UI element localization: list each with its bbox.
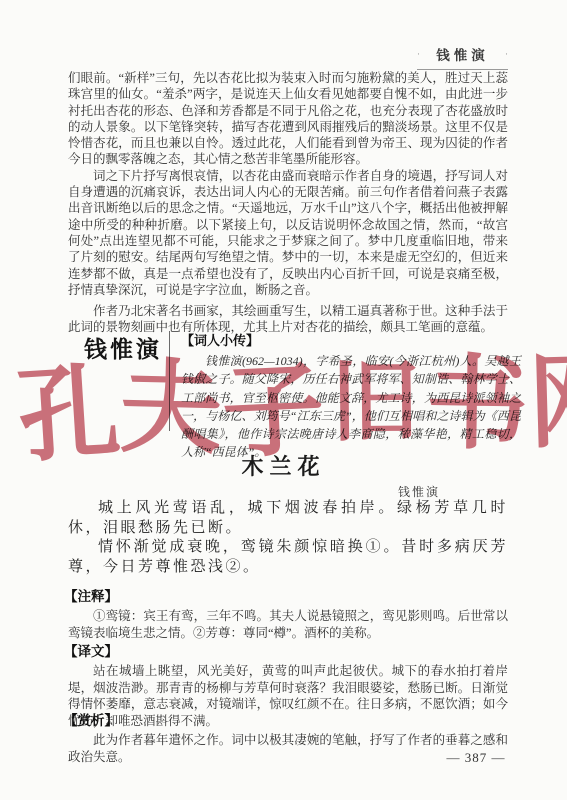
analysis-paragraph: 词之下片抒写离恨哀情，以杏花由盛而衰暗示作者自身的境遇，抒写词人对自身遭遇的沉痛… <box>68 168 508 298</box>
running-header: · 钱惟演 · <box>417 44 508 70</box>
bio-divider-line <box>169 331 170 431</box>
page-number: — 387 — <box>443 750 509 766</box>
watermark-char: 网 <box>527 350 567 455</box>
bio-text: 钱惟演(962—1034)，字希圣，临安(今浙江杭州)人。吴越王钱俶之子。随父降… <box>181 352 521 462</box>
appreciation-heading: 【赏析】 <box>64 709 508 729</box>
poem-body: 城上风光莺语乱，城下烟波春拍岸。绿杨芳草几时休，泪眼愁肠先已断。 情怀渐觉成衰晚… <box>68 499 508 578</box>
analysis-paragraph: 们眼前。“新样”三句，先以杏花比拟为装束入时而匀施粉黛的美人，胜过天上蕊珠宫里的… <box>68 70 508 168</box>
running-header-title: 钱惟演 <box>436 44 489 64</box>
notes-section: 【注释】 ①鸾镜：宾王有鸾，三年不鸣。其夫人说悬镜照之，鸾见影则鸣。后世常以鸾镜… <box>68 585 508 641</box>
book-page: · 钱惟演 · 们眼前。“新样”三句，先以杏花比拟为装束入时而匀施粉黛的美人，胜… <box>0 0 567 800</box>
appreciation-section: 【赏析】 此为作者暮年遣怀之作。词中以极其凄婉的笔触，抒写了作者的垂暮之感和政治… <box>68 709 508 765</box>
poet-name-heading: 钱惟演 <box>84 331 162 364</box>
header-dot-left: · <box>417 50 420 59</box>
poem-stanza: 城上风光莺语乱，城下烟波春拍岸。绿杨芳草几时休，泪眼愁肠先已断。 <box>68 499 508 538</box>
previous-entry-analysis: 们眼前。“新样”三句，先以杏花比拟为装束入时而匀施粉黛的美人，胜过天上蕊珠宫里的… <box>68 70 508 336</box>
notes-heading: 【注释】 <box>64 585 508 605</box>
poem-author: 钱惟演 <box>0 483 440 500</box>
header-dot-right: · <box>505 50 508 59</box>
notes-text: ①鸾镜：宾王有鸾，三年不鸣。其夫人说悬镜照之，鸾见影则鸣。后世常以鸾镜表临境生悲… <box>68 608 508 641</box>
poet-biography: 【词人小传】 钱惟演(962—1034)，字希圣，临安(今浙江杭州)人。吴越王钱… <box>181 330 521 462</box>
poem-title: 木兰花 <box>0 450 567 481</box>
poem-stanza: 情怀渐觉成衰晚，鸾镜朱颜惊暗换①。昔时多病厌芳尊，今日芳尊惟恐浅②。 <box>68 538 508 577</box>
bio-section-heading: 【词人小传】 <box>181 330 521 349</box>
appreciation-text: 此为作者暮年遣怀之作。词中以极其凄婉的笔触，抒写了作者的垂暮之感和政治失意。 <box>68 732 508 765</box>
translation-heading: 【译文】 <box>64 640 508 660</box>
